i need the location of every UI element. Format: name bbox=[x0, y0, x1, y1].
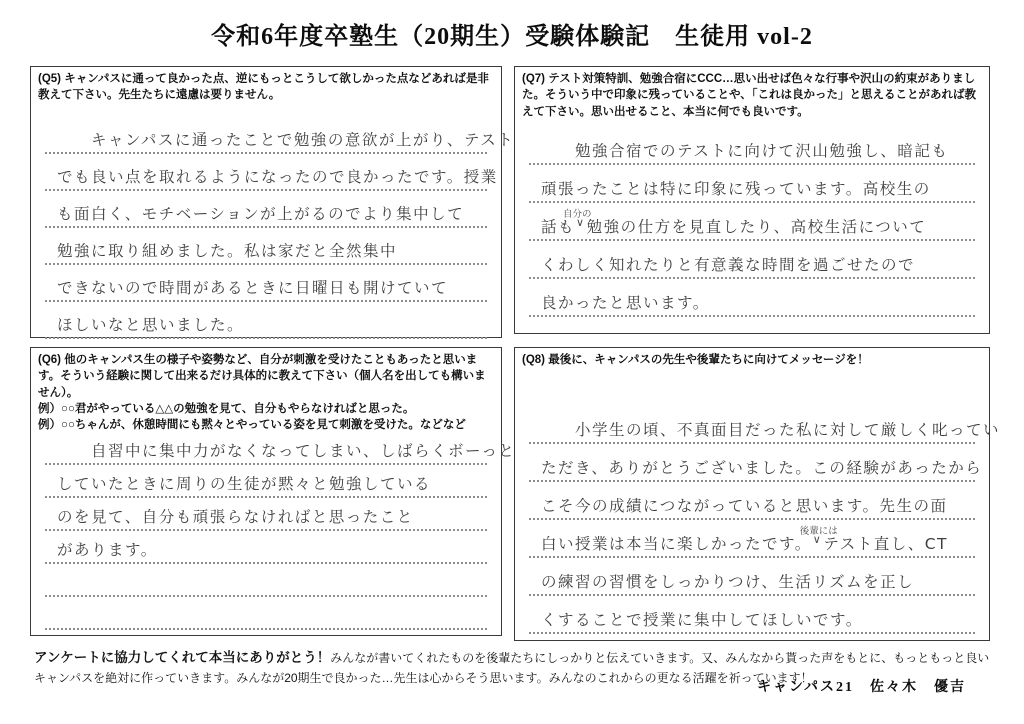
q7-insertion-note: 自分の∨ bbox=[575, 219, 587, 237]
footer-lead: アンケートに協力してくれて本当にありがとう！ bbox=[34, 650, 330, 665]
q6-question: (Q6) 他のキャンパス生の様子や姿勢など、自分が刺激を受けたこともあったと思い… bbox=[31, 348, 501, 434]
q7-answer-line-4: くわしく知れたりと有意義な時間を過ごせたので bbox=[529, 241, 975, 279]
q8-box: (Q8) 最後に、キャンパスの先生や後輩たちに向けてメッセージを！ 小学生の頃、… bbox=[514, 347, 990, 641]
page-title: 令和6年度卒塾生（20期生）受験体験記 生徒用 vol-2 bbox=[0, 16, 1024, 51]
q5-answer-line-4: 勉強に取り組めました。私は家だと全然集中 bbox=[45, 228, 487, 265]
q5-answer-line-6: ほしいなと思いました。 bbox=[45, 302, 487, 339]
q5-answer-line-2: でも良い点を取れるようになったので良かったです。授業 bbox=[45, 154, 487, 191]
q8-question: (Q8) 最後に、キャンパスの先生や後輩たちに向けてメッセージを！ bbox=[515, 348, 989, 368]
q6-answer-line-6-empty bbox=[45, 597, 487, 630]
q5-question: (Q5) キャンパスに通って良かった点、逆にもっとこうして欲しかった点などあれば… bbox=[31, 67, 501, 104]
q6-answer-line-5-empty bbox=[45, 564, 487, 597]
q6-answer-area: 自習中に集中力がなくなってしまい、しばらくボーっと していたときに周りの生徒が黙… bbox=[45, 432, 487, 630]
q8-answer-line-2: ただき、ありがとうございました。この経験があったから bbox=[529, 444, 975, 482]
q7-answer-area: 勉強合宿でのテストに向けて沢山勉強し、暗記も 頑張ったことは特に印象に残っていま… bbox=[529, 127, 975, 317]
q6-answer-line-2: していたときに周りの生徒が黙々と勉強している bbox=[45, 465, 487, 498]
q7-line3-post: 勉強の仕方を見直したり、高校生活について bbox=[587, 215, 927, 237]
q5-answer-line-5: できないので時間があるときに日曜日も開けていて bbox=[45, 265, 487, 302]
q7-box: (Q7) テスト対策特訓、勉強合宿にCCC…思い出せば色々な行事や沢山の約束があ… bbox=[514, 66, 990, 334]
q6-example-1: 例）○○君がやっている△△の勉強を見て、自分もやらなければと思った。 bbox=[38, 401, 494, 417]
signature: キャンパス21 佐々木 優吉 bbox=[757, 676, 966, 696]
q8-line4-pre: 白い授業は本当に楽しかったです。 bbox=[541, 532, 812, 554]
q8-insertion-note: 後輩には∨ bbox=[812, 536, 824, 554]
q6-answer-line-4: があります。 bbox=[45, 531, 487, 564]
q7-answer-line-2: 頑張ったことは特に印象に残っています。高校生の bbox=[529, 165, 975, 203]
q6-box: (Q6) 他のキャンパス生の様子や姿勢など、自分が刺激を受けたこともあったと思い… bbox=[30, 347, 502, 636]
q5-answer-area: キャンパスに通ったことで勉強の意欲が上がり、テスト でも良い点を取れるようになっ… bbox=[45, 117, 487, 339]
q8-answer-area: 小学生の頃、不真面目だった私に対して厳しく叱ってい ただき、ありがとうございまし… bbox=[529, 406, 975, 634]
q8-answer-line-3: こそ今の成績につながっていると思います。先生の面 bbox=[529, 482, 975, 520]
caret-mark-icon: ∨ bbox=[575, 216, 587, 229]
q8-line4-post: テスト直し、CT bbox=[823, 532, 948, 554]
q6-answer-line-3: のを見て、自分も頑張らなければと思ったこと bbox=[45, 498, 487, 531]
q6-answer-line-1: 自習中に集中力がなくなってしまい、しばらくボーっと bbox=[45, 432, 487, 465]
q5-answer-line-1: キャンパスに通ったことで勉強の意欲が上がり、テスト bbox=[45, 117, 487, 154]
scanned-questionnaire-sheet: 令和6年度卒塾生（20期生）受験体験記 生徒用 vol-2 (Q5) キャンパス… bbox=[0, 0, 1024, 724]
q7-question: (Q7) テスト対策特訓、勉強合宿にCCC…思い出せば色々な行事や沢山の約束があ… bbox=[515, 67, 989, 120]
q7-answer-line-1: 勉強合宿でのテストに向けて沢山勉強し、暗記も bbox=[529, 127, 975, 165]
q6-question-main: (Q6) 他のキャンパス生の様子や姿勢など、自分が刺激を受けたこともあったと思い… bbox=[38, 354, 486, 399]
q7-answer-line-3: 話も自分の∨勉強の仕方を見直したり、高校生活について bbox=[529, 203, 975, 241]
q5-box: (Q5) キャンパスに通って良かった点、逆にもっとこうして欲しかった点などあれば… bbox=[30, 66, 502, 338]
q8-answer-line-6: くすることで授業に集中してほしいです。 bbox=[529, 596, 975, 634]
q8-answer-line-1: 小学生の頃、不真面目だった私に対して厳しく叱ってい bbox=[529, 406, 975, 444]
q5-answer-line-3: も面白く、モチベーションが上がるのでより集中して bbox=[45, 191, 487, 228]
caret-mark-icon: ∨ bbox=[812, 533, 824, 546]
q8-answer-line-5: の練習の習慣をしっかりつけ、生活リズムを正し bbox=[529, 558, 975, 596]
q8-answer-line-4: 白い授業は本当に楽しかったです。後輩には∨テスト直し、CT bbox=[529, 520, 975, 558]
q7-answer-line-5: 良かったと思います。 bbox=[529, 279, 975, 317]
